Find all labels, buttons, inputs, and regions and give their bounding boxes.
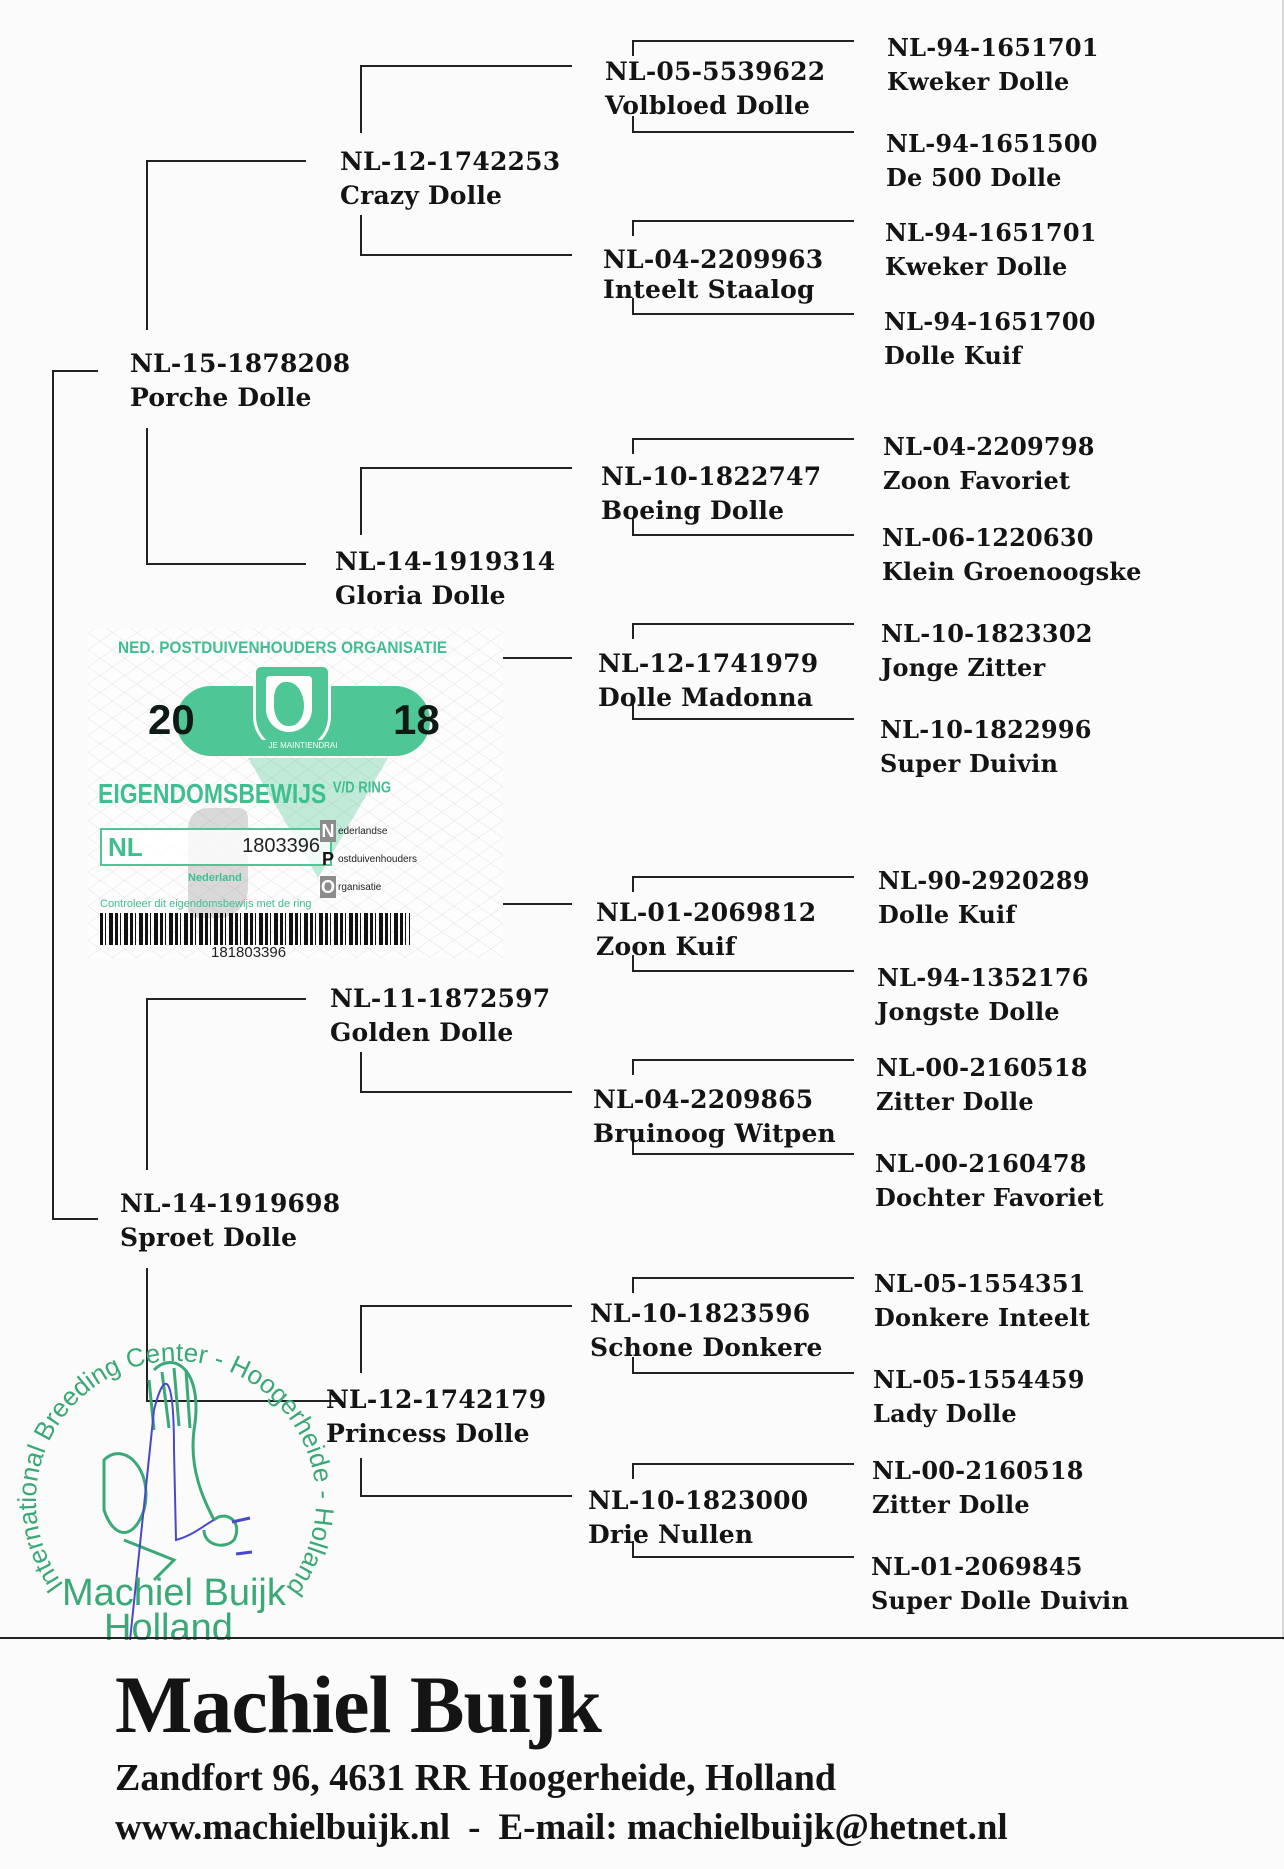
connector <box>52 370 54 1220</box>
ring-number: NL-94-1651500 <box>886 127 1098 161</box>
separator: - <box>468 1807 480 1848</box>
connector <box>360 65 572 67</box>
breeding-center-stamp: International Breeding Center - Hoogerhe… <box>4 1310 334 1640</box>
pedigree-grandparent: NL-12-1742253 Crazy Dolle <box>340 145 560 213</box>
connector <box>360 1052 362 1092</box>
bird-name: Dolle Kuif <box>878 898 1090 932</box>
ring-number: NL-01-2069812 <box>596 896 816 930</box>
pedigree-ancestor: NL-01-2069845 Super Dolle Duivin <box>871 1550 1129 1618</box>
bird-name: Zitter Dolle <box>872 1488 1084 1522</box>
bird-name: De 500 Dolle <box>886 161 1098 195</box>
connector <box>632 40 634 56</box>
connector <box>632 1556 854 1558</box>
certificate-title-suffix: V/D RING <box>333 780 391 797</box>
pedigree-great-grandparent: NL-10-1822747 Boeing Dolle <box>601 460 821 528</box>
connector <box>632 131 854 133</box>
connector <box>632 1277 854 1279</box>
connector <box>360 467 572 469</box>
bird-name: Sproet Dolle <box>120 1221 340 1255</box>
bird-name: Golden Dolle <box>330 1016 550 1050</box>
ring-number: NL-14-1919314 <box>335 545 555 579</box>
connector <box>503 903 572 905</box>
pedigree-ancestor: NL-04-2209798 Zoon Favoriet <box>883 430 1095 498</box>
ring-number: NL-94-1352176 <box>877 961 1089 995</box>
pedigree-great-grandparent: NL-10-1823000 Drie Nullen <box>588 1484 808 1552</box>
connector <box>632 970 854 972</box>
pedigree-great-grandparent: NL-01-2069812 Zoon Kuif <box>596 896 816 964</box>
connector <box>632 438 854 440</box>
pedigree-grandparent: NL-11-1872597 Golden Dolle <box>330 982 550 1050</box>
npo-line: Nederlandse <box>320 818 417 846</box>
ring-number: NL-10-1822747 <box>601 460 821 494</box>
map-label: Nederland <box>188 872 242 884</box>
connector <box>146 160 148 330</box>
npo-letter: P <box>320 848 336 870</box>
website-link[interactable]: www.machielbuijk.nl <box>115 1807 450 1848</box>
bird-name: Volbloed Dolle <box>605 89 825 123</box>
pedigree-ancestor: NL-94-1651701 Kweker Dolle <box>887 31 1099 99</box>
connector <box>360 1305 362 1373</box>
pedigree-ancestor: NL-05-1554459 Lady Dolle <box>873 1363 1085 1431</box>
ring-number: NL-00-2160478 <box>875 1147 1104 1181</box>
ring-number: NL-12-1741979 <box>598 647 818 681</box>
pedigree-ancestor: NL-05-1554351 Donkere Inteelt <box>874 1267 1090 1335</box>
bird-name: Boeing Dolle <box>601 494 821 528</box>
ownership-certificate: NED. POSTDUIVENHOUDERS ORGANISATIE 20 18… <box>88 628 503 958</box>
connector <box>52 370 98 372</box>
connector <box>632 1463 634 1479</box>
ring-number: NL-05-1554351 <box>874 1267 1090 1301</box>
npo-letter: N <box>320 820 336 842</box>
pedigree-grandparent: NL-12-1742179 Princess Dolle <box>326 1383 546 1451</box>
connector <box>632 876 634 892</box>
bird-name: Super Dolle Duivin <box>871 1584 1129 1618</box>
bird-name: Kweker Dolle <box>885 250 1097 284</box>
ring-number: NL-11-1872597 <box>330 982 550 1016</box>
connector <box>632 1463 854 1465</box>
connector <box>52 1218 98 1220</box>
bird-name: Bruinoog Witpen <box>593 1117 836 1151</box>
pedigree-great-grandparent: NL-10-1823596 Schone Donkere <box>590 1297 823 1365</box>
bird-name: Super Duivin <box>880 747 1092 781</box>
stamp-country: Holland <box>104 1607 233 1640</box>
breeder-name: Machiel Buijk <box>115 1660 601 1750</box>
footer-divider <box>0 1637 1284 1639</box>
npo-word: ederlandse <box>338 826 387 837</box>
ring-number: NL-05-1554459 <box>873 1363 1085 1397</box>
ring-number: NL-14-1919698 <box>120 1187 340 1221</box>
email-link[interactable]: E-mail: machielbuijk@hetnet.nl <box>498 1807 1007 1848</box>
pedigree-grandparent: NL-14-1919314 Gloria Dolle <box>335 545 555 613</box>
bird-name: Kweker Dolle <box>887 65 1099 99</box>
connector <box>632 1059 854 1061</box>
contact-line: www.machielbuijk.nl-E-mail: machielbuijk… <box>115 1806 1008 1850</box>
year-left: 20 <box>148 696 195 744</box>
ring-number: NL-04-2209963 <box>603 245 823 275</box>
pedigree-ancestor: NL-94-1651500 De 500 Dolle <box>886 127 1098 195</box>
pedigree-ancestor: NL-06-1220630 Klein Groenoogske <box>882 521 1142 589</box>
eagle-stamp-icon: International Breeding Center - Hoogerhe… <box>4 1310 334 1640</box>
ring-number: NL-15-1878208 <box>130 347 350 381</box>
connector <box>146 160 306 162</box>
connector <box>360 467 362 535</box>
ring-number: NL-00-2160518 <box>876 1051 1088 1085</box>
bird-name: Inteelt Staalog <box>603 275 823 305</box>
connector <box>146 998 306 1000</box>
bird-name: Jongste Dolle <box>877 995 1089 1029</box>
connector <box>632 438 634 454</box>
connector <box>632 1153 854 1155</box>
connector <box>146 998 148 1170</box>
pedigree-dam: NL-14-1919698 Sproet Dolle <box>120 1187 340 1255</box>
motto: JE MAINTIENDRAI <box>260 740 346 752</box>
connector <box>632 623 634 639</box>
ring-number-box: NL 1803396 <box>100 828 332 866</box>
npo-line: Postduivenhouders <box>320 846 417 874</box>
certificate-title-text: EIGENDOMSBEWIJS <box>98 778 326 809</box>
connector <box>632 623 854 625</box>
certificate-title: EIGENDOMSBEWIJS V/D RING <box>98 778 391 810</box>
connector <box>360 1458 362 1496</box>
breeder-address: Zandfort 96, 4631 RR Hoogerheide, Hollan… <box>115 1756 836 1800</box>
connector <box>632 313 854 315</box>
bird-name: Drie Nullen <box>588 1518 808 1552</box>
bird-name: Zoon Favoriet <box>883 464 1095 498</box>
barcode-number: 181803396 <box>211 944 286 961</box>
pedigree-ancestor: NL-90-2920289 Dolle Kuif <box>878 864 1090 932</box>
ring-number: NL-00-2160518 <box>872 1454 1084 1488</box>
ring-number: NL-94-1651700 <box>884 305 1096 339</box>
bird-name: Jonge Zitter <box>881 651 1093 685</box>
year-right: 18 <box>393 696 440 744</box>
connector <box>632 718 854 720</box>
connector <box>632 534 854 536</box>
npo-word: ostduivenhouders <box>338 854 417 865</box>
connector <box>632 220 634 236</box>
pedigree-great-grandparent: NL-05-5539622 Volbloed Dolle <box>605 55 825 123</box>
bird-name: Dochter Favoriet <box>875 1181 1104 1215</box>
ring-number: NL-94-1651701 <box>885 216 1097 250</box>
pedigree-ancestor: NL-94-1651701 Kweker Dolle <box>885 216 1097 284</box>
npo-word: rganisatie <box>338 882 381 893</box>
bird-name: Princess Dolle <box>326 1417 546 1451</box>
ring-number: NL-10-1823596 <box>590 1297 823 1331</box>
ring-number: NL-12-1742179 <box>326 1383 546 1417</box>
ring-number: NL-94-1651701 <box>887 31 1099 65</box>
connector <box>360 1305 572 1307</box>
pedigree-great-grandparent: NL-04-2209865 Bruinoog Witpen <box>593 1083 836 1151</box>
ring-number: NL-01-2069845 <box>871 1550 1129 1584</box>
connector <box>360 215 362 255</box>
bird-name: Gloria Dolle <box>335 579 555 613</box>
bird-name: Donkere Inteelt <box>874 1301 1090 1335</box>
ring-number: NL-06-1220630 <box>882 521 1142 555</box>
bird-name: Porche Dolle <box>130 381 350 415</box>
pedigree-ancestor: NL-00-2160518 Zitter Dolle <box>872 1454 1084 1522</box>
ring-number: NL-90-2920289 <box>878 864 1090 898</box>
bird-name: Crazy Dolle <box>340 179 560 213</box>
npo-letter: O <box>320 876 336 898</box>
pedigree-ancestor: NL-00-2160518 Zitter Dolle <box>876 1051 1088 1119</box>
connector <box>632 1277 634 1293</box>
country-code: NL <box>108 832 143 863</box>
pedigree-ancestor: NL-94-1651700 Dolle Kuif <box>884 305 1096 373</box>
connector <box>360 1091 572 1093</box>
npo-logo: Nederlandse Postduivenhouders Organisati… <box>320 818 417 902</box>
connector <box>360 254 572 256</box>
barcode-icon <box>100 913 410 945</box>
pedigree-great-grandparent: NL-04-2209963 Inteelt Staalog <box>603 245 823 305</box>
connector <box>360 1495 572 1497</box>
connector <box>146 428 148 564</box>
connector <box>503 657 572 659</box>
connector <box>632 1372 854 1374</box>
ring-number: NL-10-1823000 <box>588 1484 808 1518</box>
pedigree-ancestor: NL-10-1823302 Jonge Zitter <box>881 617 1093 685</box>
connector <box>146 563 306 565</box>
ring-number: NL-04-2209865 <box>593 1083 836 1117</box>
bird-name: Zoon Kuif <box>596 930 816 964</box>
pedigree-ancestor: NL-10-1822996 Super Duivin <box>880 713 1092 781</box>
ring-number: NL-05-5539622 <box>605 55 825 89</box>
npo-line: Organisatie <box>320 874 417 902</box>
bird-name: Dolle Kuif <box>884 339 1096 373</box>
connector <box>360 65 362 133</box>
connector <box>632 220 854 222</box>
bird-name: Schone Donkere <box>590 1331 823 1365</box>
ring-number: NL-12-1742253 <box>340 145 560 179</box>
ring-number: NL-04-2209798 <box>883 430 1095 464</box>
connector <box>632 1059 634 1075</box>
bird-name: Klein Groenoogske <box>882 555 1142 589</box>
connector <box>632 876 854 878</box>
ring-number: NL-10-1823302 <box>881 617 1093 651</box>
pedigree-great-grandparent: NL-12-1741979 Dolle Madonna <box>598 647 818 715</box>
bird-name: Zitter Dolle <box>876 1085 1088 1119</box>
ring-number: NL-10-1822996 <box>880 713 1092 747</box>
connector <box>632 40 854 42</box>
organisation-name: NED. POSTDUIVENHOUDERS ORGANISATIE <box>118 638 447 658</box>
check-instruction: Controleer dit eigendomsbewijs met de ri… <box>100 898 312 910</box>
pedigree-sire: NL-15-1878208 Porche Dolle <box>130 347 350 415</box>
bird-name: Dolle Madonna <box>598 681 818 715</box>
pedigree-ancestor: NL-00-2160478 Dochter Favoriet <box>875 1147 1104 1215</box>
bird-name: Lady Dolle <box>873 1397 1085 1431</box>
ring-number: 1803396 <box>242 835 320 858</box>
pedigree-ancestor: NL-94-1352176 Jongste Dolle <box>877 961 1089 1029</box>
lion-icon <box>274 682 304 726</box>
